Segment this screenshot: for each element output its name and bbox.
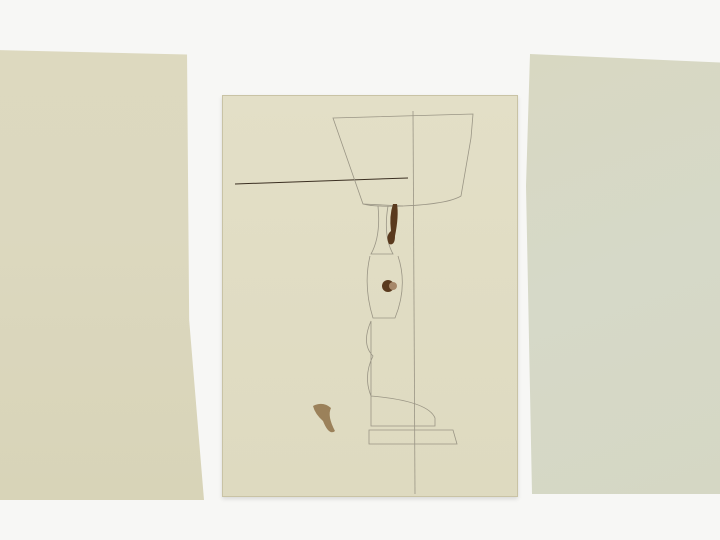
chalice-sketch [223, 96, 517, 496]
paper-sheet-right [526, 54, 720, 494]
paper-sheet-left [0, 50, 204, 500]
paper-sheet-middle [222, 95, 518, 497]
